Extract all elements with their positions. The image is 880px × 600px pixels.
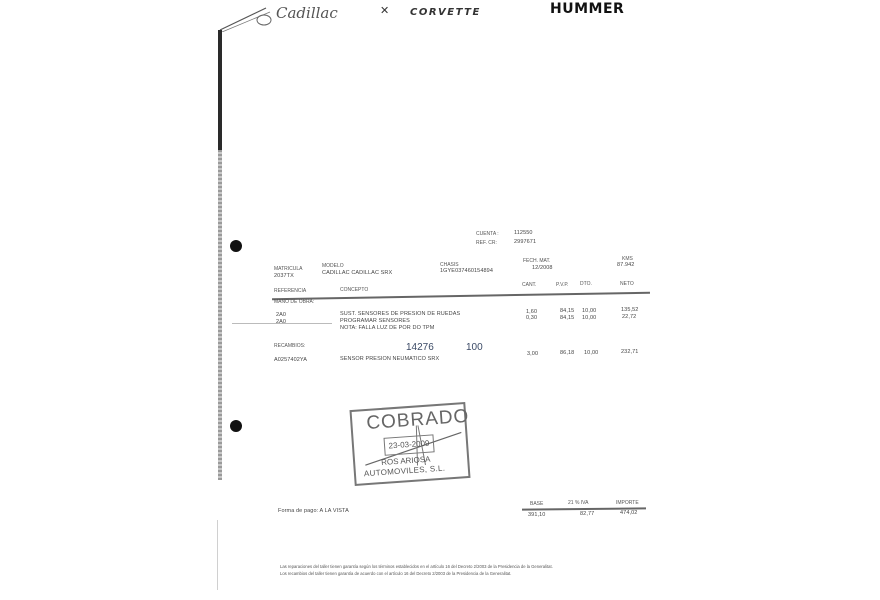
modelo-value: CADILLAC CADILLAC SRX [322,270,392,276]
row-note: NOTA: FALLA LUZ DE POR DO TPM [340,325,434,331]
scan-artifact-line [232,323,332,324]
punch-hole-top [230,240,242,252]
col-concepto: CONCEPTO [340,287,368,293]
totals-iva-value: 82,77 [580,511,594,517]
binding-bar-shaded [218,150,222,480]
matricula-label: MATRICULA [274,266,303,272]
totals-importe-value: 474,02 [620,510,637,516]
totals-iva-label: 21 % IVA [568,500,588,506]
kms-value: 87.942 [617,262,634,268]
chasis-value: 1GYE037460154894 [440,268,493,274]
fecha-mat-value: 12/2008 [532,265,553,271]
overlay-value-a: 14276 [406,342,434,353]
brand-cadillac: Cadillac [276,4,338,22]
row-dto: 10,00 [582,315,596,321]
fecha-mat-label: FECH. MAT. [523,258,550,264]
row-cant: 0,30 [526,315,537,321]
ref-label: REF. CR: [476,240,497,246]
footer-warranty-line2: Los recambios del taller tienen garantía… [280,571,511,576]
row-dto: 10,00 [584,350,598,356]
totals-base-label: BASE [530,501,543,507]
totals-base-value: 391,10 [528,512,545,518]
footer-warranty-line1: Las reparaciones del taller tienen garan… [280,564,553,569]
stamp-date: 23-03-2009 [384,434,435,455]
col-referencia: REFERENCIA [274,288,306,294]
col-neto: NETO [620,281,634,287]
col-cant: CANT. [522,282,536,288]
row-concepto: SUST. SENSORES DE PRESION DE RUEDAS [340,311,460,317]
row-pvp: 84,15 [560,315,574,321]
row-ref: 2A0 [276,312,286,318]
section-mano-de-obra: MANO DE OBRA: [274,299,314,305]
modelo-label: MODELO [322,263,344,269]
cuenta-label: CUENTA : [476,231,499,237]
payment-method: Forma de pago: A LA VISTA [278,508,349,514]
punch-hole-bottom [230,420,242,432]
binding-bar [218,30,222,150]
cadillac-swoosh-logo [218,6,278,32]
row-ref: 2A0 [276,319,286,325]
brand-hummer: HUMMER [550,1,624,17]
row-neto: 135,52 [621,307,638,313]
row-cant: 3,00 [527,351,538,357]
cuenta-value: 112550 [514,230,533,236]
matricula-value: 2037TX [274,273,294,279]
row-pvp: 86,18 [560,350,574,356]
header-rule [272,292,650,300]
row-neto: 232,71 [621,349,638,355]
overlay-value-b: 100 [466,342,483,353]
corvette-flags-icon: ✕ [380,4,389,17]
row-neto: 22,72 [622,314,636,320]
row-concepto: SENSOR PRESION NEUMATICO SRX [340,356,439,362]
brand-corvette: CORVETTE [410,7,481,18]
row-concepto: PROGRAMAR SENSORES [340,318,410,324]
totals-importe-label: IMPORTE [616,500,639,506]
col-dto: DTO. [580,281,592,287]
section-recambios: RECAMBIOS: [274,343,305,349]
binding-edge [217,520,218,590]
row-pvp: 84,15 [560,308,574,314]
row-dto: 10,00 [582,308,596,314]
col-pvp: P.V.P. [556,282,568,288]
paid-stamp: COBRADO 23-03-2009 ROS ARIOSA AUTOMOVILE… [349,402,470,486]
ref-value: 2997671 [514,239,536,245]
row-ref: A0257402YA [274,357,307,363]
